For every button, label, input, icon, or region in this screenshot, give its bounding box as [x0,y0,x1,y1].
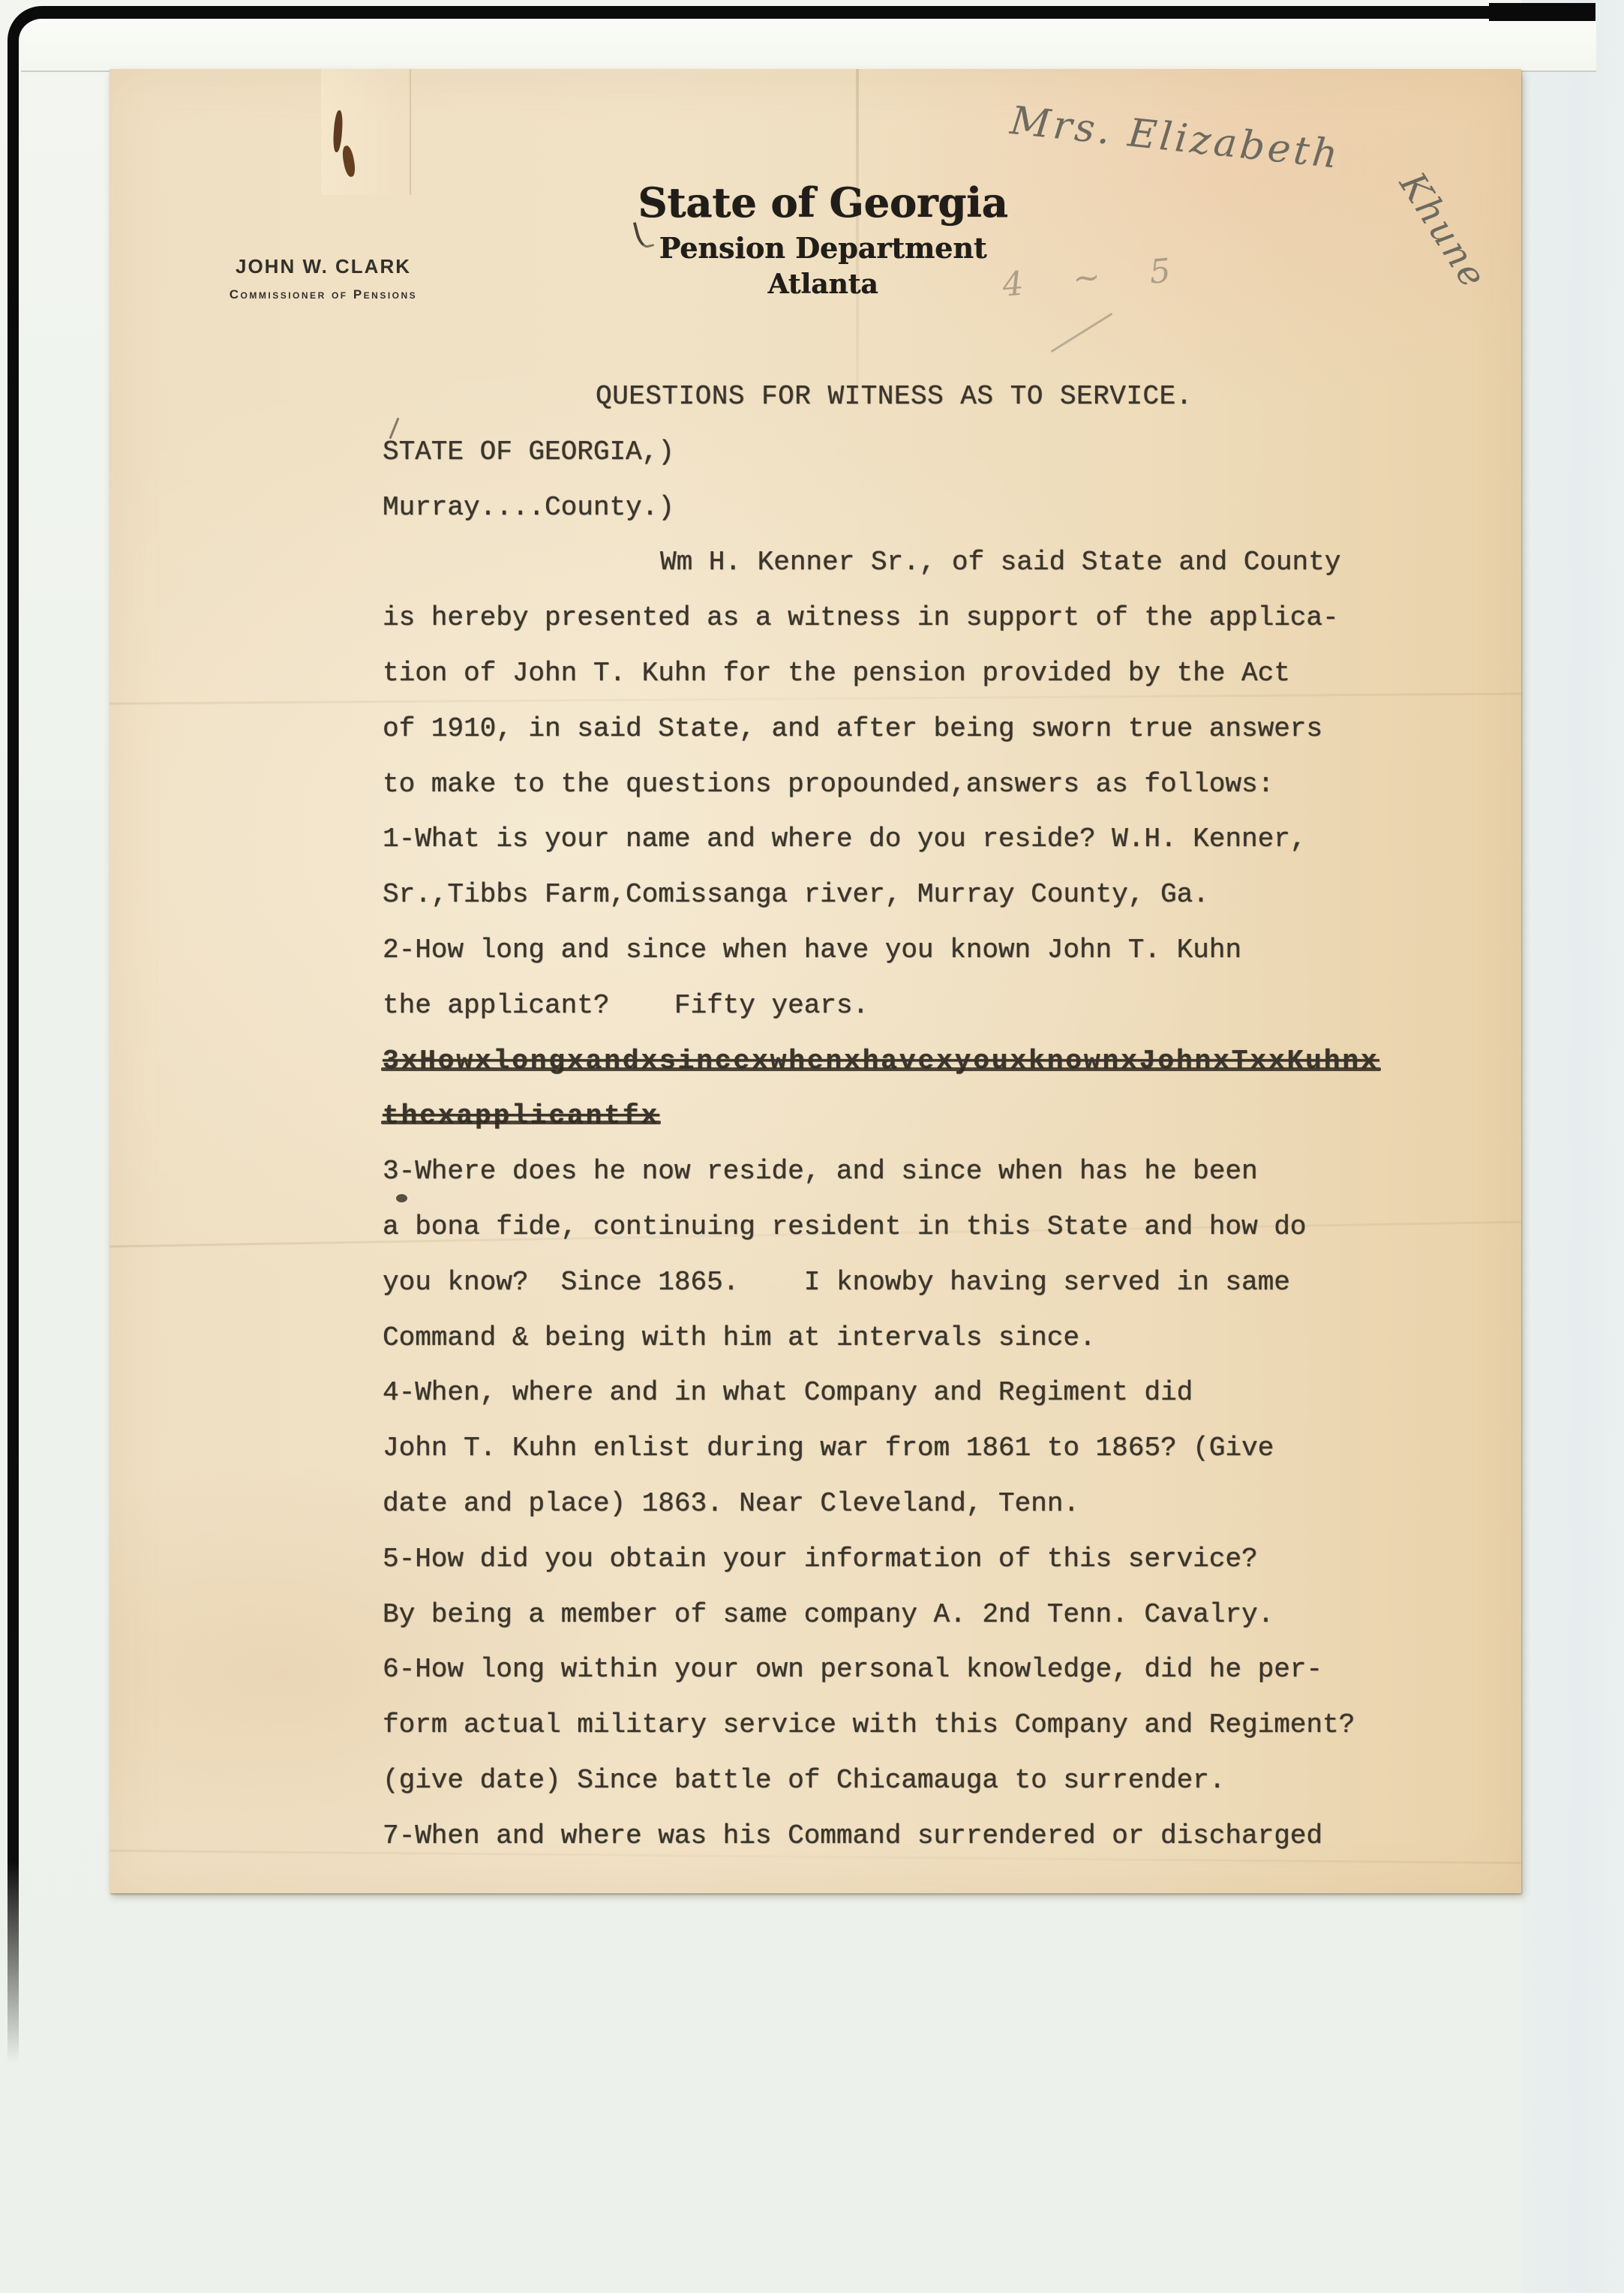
pencil-stroke [1050,313,1112,353]
body-line: By being a member of same company A. 2nd… [383,1587,1523,1643]
overstruck-text: thexapplicantfx [383,1100,659,1131]
jurat-county-line: Murray....County.) [383,480,1523,536]
body-line: Sr.,Tibbs Farm,Comissanga river, Murray … [383,867,1523,923]
body-line: you know? Since 1865. I knowby having se… [383,1255,1523,1310]
document-title: QUESTIONS FOR WITNESS AS TO SERVICE. [383,369,1523,425]
officer-title: Commissioner of Pensions [215,287,432,302]
body-line: the applicant? Fifty years. [383,978,1523,1034]
handwritten-recipient-name: Mrs. Elizabeth [1008,98,1343,178]
struck-out-line: thexapplicantfx [383,1088,1523,1144]
letter-paper: JOHN W. CLARK Commissioner of Pensions S… [110,69,1521,1893]
handwritten-recipient-surname: Khune [1391,165,1496,297]
letterhead-department: Pension Department [598,231,1048,265]
body-line: John T. Kuhn enlist during war from 1861… [383,1421,1523,1476]
album-frame-top-edge [57,6,1595,19]
body-line: a bona fide, continuing resident in this… [383,1199,1523,1255]
body-line-question-6: 6-How long within your own personal know… [383,1642,1523,1697]
album-frame-top-right-edge [1489,3,1595,21]
struck-out-line: 3xHowxlongxandxsincexwhenxhavexyouxknown… [383,1034,1523,1089]
body-line: Wm H. Kenner Sr., of said State and Coun… [383,535,1523,590]
typed-text-block: QUESTIONS FOR WITNESS AS TO SERVICE. STA… [383,369,1523,1864]
officer-name: JOHN W. CLARK [215,255,432,278]
body-line: Command & being with him at intervals si… [383,1310,1523,1366]
fold-crease-vertical [856,69,859,392]
body-line-question-1: 1-What is your name and where do you res… [383,812,1523,867]
album-frame-left-edge [8,53,19,2063]
body-line-question-2: 2-How long and since when have you known… [383,923,1523,978]
body-line: is hereby presented as a witness in supp… [383,590,1523,646]
body-line: of 1910, in said State, and after being … [383,701,1523,757]
body-line: form actual military service with this C… [383,1697,1523,1753]
body-line: to make to the questions propounded,answ… [383,757,1523,812]
letterhead-city: Atlanta [598,269,1048,300]
body-line: date and place) 1863. Near Cleveland, Te… [383,1476,1523,1532]
overstruck-text: 3xHowxlongxandxsincexwhenxhavexyouxknown… [383,1046,1379,1076]
body-line-question-4: 4-When, where and in what Company and Re… [383,1365,1523,1421]
letterhead-officer-block: JOHN W. CLARK Commissioner of Pensions [215,255,432,302]
jurat-state-line: STATE OF GEORGIA,) [383,425,1523,480]
body-line: tion of John T. Kuhn for the pension pro… [383,646,1523,701]
body-line: (give date) Since battle of Chicamauga t… [383,1753,1523,1808]
scanned-document-page: JOHN W. CLARK Commissioner of Pensions S… [0,0,1624,2293]
scanner-background-right [1521,0,1624,2293]
body-line-question-7: 7-When and where was his Command surrend… [383,1808,1523,1864]
body-line-question-5: 5-How did you obtain your information of… [383,1532,1523,1587]
scanner-edge-highlight [21,18,1596,72]
letterhead-state: State of Georgia [598,179,1048,227]
body-line-question-3: 3-Where does he now reside, and since wh… [383,1144,1523,1199]
